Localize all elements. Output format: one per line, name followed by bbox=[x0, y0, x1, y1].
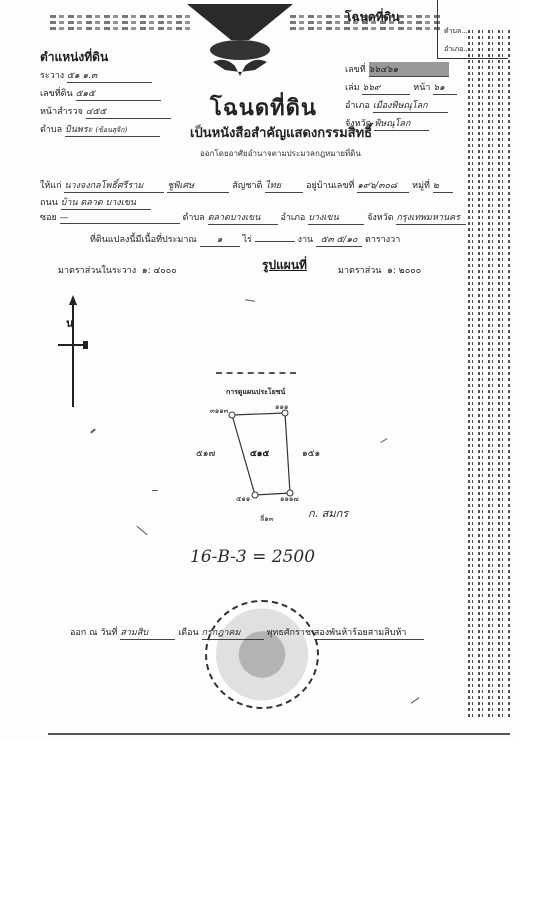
land-location-row: ตำบล บินพระ (ข้อนสุจิก) bbox=[40, 122, 160, 137]
area-row: ที่ดินแปลงนี้มีเนื้อที่ประมาณ ๑ ไร่ งาน … bbox=[90, 232, 400, 247]
north-label: น bbox=[66, 314, 74, 332]
parcel-number: ๕๑๕ bbox=[250, 446, 269, 460]
issued-by-text: ออกโดยอาศัยอำนาจตามประมวลกฎหมายที่ดิน bbox=[200, 147, 361, 160]
grantee-surname: ชูพิเศษ bbox=[167, 178, 229, 193]
handwritten-note: 16-B-3 = 2500 bbox=[190, 547, 315, 567]
row-value: ๔๕๕ bbox=[86, 104, 171, 119]
deed-number-value: ๖๖๔๖๑ bbox=[369, 62, 449, 77]
official-seal-stamp bbox=[205, 600, 319, 709]
document-page: โฉนดที่ดิน ตำบล.... อำเภอ.... ตำแหน่งที่… bbox=[0, 0, 518, 740]
grantee-tambon: ตลาดบางเขน bbox=[208, 210, 278, 225]
map-title: รูปแผนที่ bbox=[262, 256, 307, 275]
banner-text-row bbox=[290, 27, 440, 30]
grantee-row-1: ให้แก่ นางจงกลโพธิ์ศรีราม ชูพิเศษ สัญชาต… bbox=[40, 178, 453, 193]
corner-title: โฉนดที่ดิน bbox=[345, 8, 400, 27]
grantee-soi: — bbox=[60, 213, 180, 224]
deed-volume-row: เล่ม ๖๖๙ หน้า ๖๑ bbox=[345, 80, 457, 95]
grantee-nationality: ไทย bbox=[265, 178, 303, 193]
row-value: บินพระ (ข้อนสุจิก) bbox=[65, 122, 160, 137]
grantee-row-2: ถนน บ้าน ตลาด บางเขน bbox=[40, 195, 151, 210]
area-rai: ๑ bbox=[200, 232, 240, 247]
corner-label-se: ๑๑๑๗ bbox=[280, 494, 299, 505]
corner-label-sw: ๕๑๑ bbox=[236, 494, 250, 505]
south-neighbor: ลี่๑๓ bbox=[260, 514, 274, 525]
east-neighbor: ๑๕๑ bbox=[302, 446, 320, 460]
deed-amphoe-row: อำเภอ เมืองพิษณุโลก bbox=[345, 98, 448, 113]
grantee-province: กรุงเทพมหานคร bbox=[396, 210, 466, 225]
issue-year: สองพันห้าร้อยสามสิบห้า bbox=[314, 625, 424, 640]
corner-label-ne: ๑๑๑ bbox=[275, 402, 288, 413]
grantee-village: บ้าน ตลาด บางเขน bbox=[61, 195, 151, 210]
scan-speck bbox=[411, 697, 420, 704]
land-location-row: หน้าสำรวจ ๔๕๕ bbox=[40, 104, 171, 119]
map-scale: มาตราส่วน ๑: ๒๐๐๐ bbox=[338, 263, 421, 277]
land-location-row: เลขที่ดิน ๕๑๕ bbox=[40, 86, 161, 101]
garuda-crest-icon bbox=[185, 0, 295, 78]
scan-speck bbox=[136, 526, 147, 536]
deed-province-row: จังหวัด พิษณุโลก bbox=[345, 116, 429, 131]
survey-scale: มาตราส่วนในระวาง ๑: ๔๐๐๐ bbox=[58, 263, 177, 277]
land-location-heading: ตำแหน่งที่ดิน bbox=[40, 48, 108, 67]
grantee-amphoe: บางเขน bbox=[308, 210, 364, 225]
west-neighbor: ๕๑๗ bbox=[196, 446, 215, 460]
grantee-moo: ๒ bbox=[433, 178, 453, 193]
area-ngan bbox=[255, 241, 295, 242]
north-arrow-icon bbox=[55, 295, 95, 410]
row-value: ๕๑๕ bbox=[76, 86, 161, 101]
row-label: ตำบล bbox=[40, 125, 62, 135]
row-label: หน้าสำรวจ bbox=[40, 107, 83, 117]
grantee-row-3: ซอย — ตำบล ตลาดบางเขน อำเภอ บางเขน จังหว… bbox=[40, 210, 466, 225]
map-dashed-line bbox=[216, 372, 296, 374]
margin-marking-strip bbox=[468, 30, 512, 720]
row-label: ระวาง bbox=[40, 71, 64, 81]
corner-box-row1: ตำบล.... bbox=[444, 26, 470, 37]
surveyor-signature: ก. สมกร bbox=[308, 504, 348, 522]
scan-speck bbox=[245, 299, 255, 302]
banner-text-row bbox=[50, 27, 190, 30]
grantee-name: นางจงกลโพธิ์ศรีราม bbox=[64, 178, 164, 193]
scan-speck bbox=[152, 490, 158, 491]
grantee-address-no: ๑๙๖/๓๐๘ bbox=[357, 178, 409, 193]
scan-speck bbox=[380, 438, 387, 443]
page-bottom-divider bbox=[48, 733, 510, 735]
deed-number-row: เลขที่ ๖๖๔๖๑ bbox=[345, 62, 449, 77]
banner-text-row bbox=[50, 15, 190, 18]
row-value: ๕๑ ๑.๓ bbox=[67, 68, 152, 83]
plot-caption: การดูแผนประโยชน์ bbox=[226, 387, 285, 398]
document-title: โฉนดที่ดิน bbox=[210, 90, 317, 125]
corner-label-nw: ๓๑๑๓ bbox=[210, 406, 228, 417]
issue-day: สามสิบ bbox=[120, 625, 175, 640]
scan-speck bbox=[90, 428, 96, 433]
banner-text-row bbox=[50, 21, 190, 24]
row-label: เลขที่ดิน bbox=[40, 89, 73, 99]
land-location-row: ระวาง ๕๑ ๑.๓ bbox=[40, 68, 152, 83]
area-wa: ๕๓ ๕/๑๐ bbox=[316, 232, 362, 247]
